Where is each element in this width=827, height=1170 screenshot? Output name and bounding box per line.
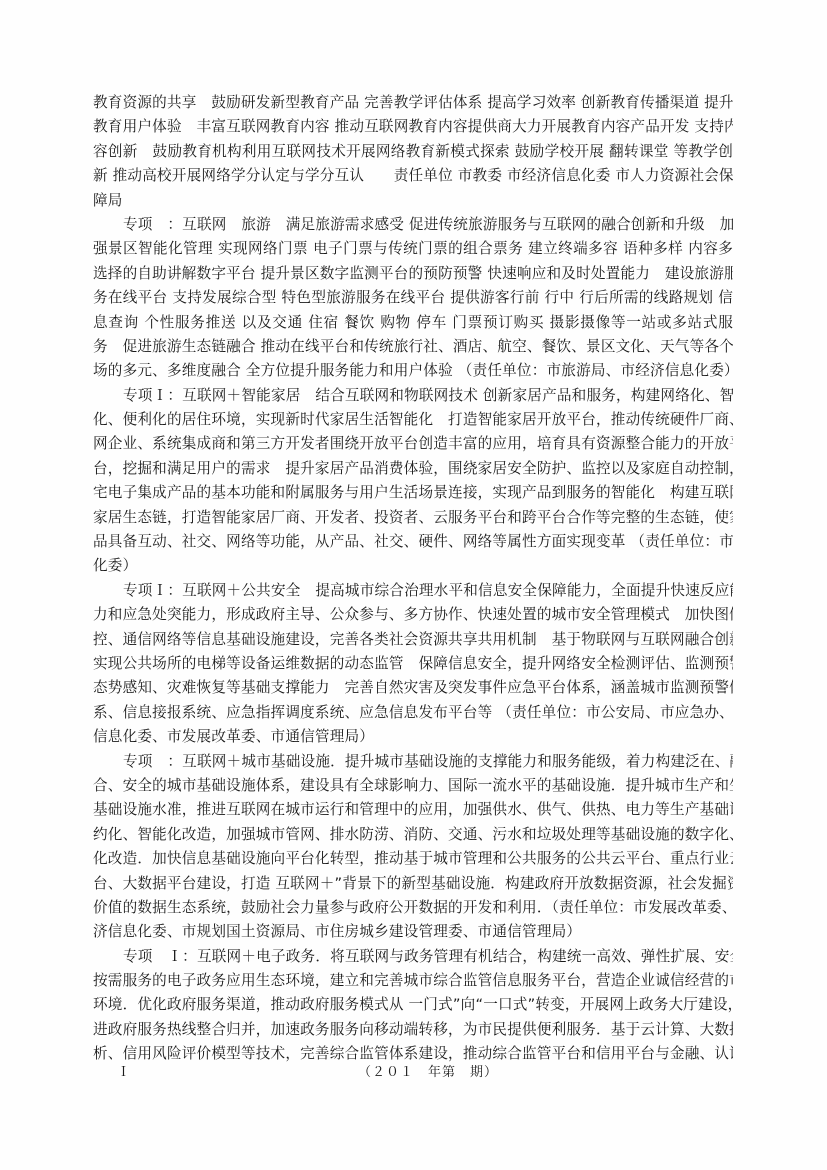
text-line: 务 促进旅游生态链融合 推动在线平台和传统旅行社、酒店、航空、餐饮、景区文化、天… [93, 335, 733, 359]
text-line: 网企业、系统集成商和第三方开发者围绕开放平台创造丰富的应用，培育具有资源整合能力… [93, 432, 733, 456]
text-line: 教育用户体验 丰富互联网教育内容 推动互联网教育内容提供商大力开展教育内容产品开… [93, 115, 733, 139]
page-number-mark: Ｉ [117, 1063, 130, 1083]
text-line: 信息化委、市发展改革委、市通信管理局） [93, 725, 733, 749]
text-line: 约化、智能化改造，加强城市管网、排水防涝、消防、交通、污水和垃圾处理等基础设施的… [93, 823, 733, 847]
text-line: 进政府服务热线整合归并，加速政务服务向移动端转移，为市民提供便利服务．基于云计算… [93, 1018, 733, 1042]
text-line: 台、大数据平台建设，打造 互联网＋”背景下的新型基础设施．构建政府开放数据资源，… [93, 872, 733, 896]
text-line: 按需服务的电子政务应用生态环境，建立和完善城市综合监管信息服务平台，营造企业诚信… [93, 969, 733, 993]
page-footer: Ｉ （２０１ 年第 期） [0, 1063, 827, 1083]
issue-label: （２０１ 年第 期） [358, 1063, 498, 1083]
paragraph-internet-plus-tourism: 专项 ：互联网 旅游 满足旅游需求感受 促进传统旅游服务与互联网的融合创新和升级… [93, 213, 733, 384]
text-line: 系、信息接报系统、应急指挥调度系统、应急信息发布平台等 （责任单位：市公安局、市… [93, 701, 733, 725]
text-line: 新 推动高校开展网络学分认定与学分互认 责任单位 市教委 市经济信息化委 市人力… [93, 164, 733, 188]
text-line: 化委） [93, 554, 733, 578]
text-line: 态势感知、灾难恢复等基础支撑能力 完善自然灾害及突发事件应急平台体系，涵盖城市监… [93, 676, 733, 700]
text-line: 化改造．加快信息基础设施向平台化转型，推动基于城市管理和公共服务的公共云平台、重… [93, 847, 733, 871]
section-heading-line: 专项Ｉ：互联网＋公共安全 提高城市综合治理水平和信息安全保障能力，全面提升快速反… [93, 579, 733, 603]
text-line: 务在线平台 支持发展综合型 特色型旅游服务在线平台 提供游客行前 行中 行后所需… [93, 286, 733, 310]
text-line: 品具备互动、社交、网络等功能，从产品、社交、硬件、网络等属性方面实现变革 （责任… [93, 530, 733, 554]
text-line: 教育资源的共享 鼓励研发新型教育产品 完善教学评估体系 提高学习效率 创新教育传… [93, 91, 733, 115]
text-line: 控、通信网络等信息基础设施建设，完善各类社会资源共享共用机制 基于物联网与互联网… [93, 628, 733, 652]
text-line: 台，挖掘和满足用户的需求 提升家居产品消费体验，围绕家居安全防护、监控以及家庭自… [93, 457, 733, 481]
text-line: 环境．优化政府服务渠道，推动政府服务模式从 一门式”向“一口式”转变，开展网上政… [93, 993, 733, 1017]
text-line: 选择的自助讲解数字平台 提升景区数字监测平台的预防预警 快速响应和及时处置能力 … [93, 262, 733, 286]
text-line: 障局 [93, 189, 733, 213]
text-line: 化、便利化的居住环境，实现新时代家居生活智能化 打造智能家居开放平台，推动传统硬… [93, 408, 733, 432]
document-page: 教育资源的共享 鼓励研发新型教育产品 完善教学评估体系 提高学习效率 创新教育传… [0, 0, 827, 1170]
paragraph-internet-plus-e-government: 专项 Ｉ：互联网＋电子政务．将互联网与政务管理有机结合，构建统一高效、弹性扩展、… [93, 945, 733, 1067]
paragraph-internet-plus-public-safety: 专项Ｉ：互联网＋公共安全 提高城市综合治理水平和信息安全保障能力，全面提升快速反… [93, 579, 733, 750]
text-line: 息查询 个性服务推送 以及交通 住宿 餐饮 购物 停车 门票预订购买 摄影摄像等… [93, 311, 733, 335]
text-line: 家居生态链，打造智能家居厂商、开发者、投资者、云服务平台和跨平台合作等完整的生态… [93, 506, 733, 530]
paragraph-internet-plus-urban-infrastructure: 专项 ：互联网＋城市基础设施．提升城市基础设施的支撑能力和服务能级，着力构建泛在… [93, 750, 733, 945]
section-heading-line: 专项Ｉ：互联网＋智能家居 结合互联网和物联网技术 创新家居产品和服务，构建网络化… [93, 384, 733, 408]
document-body: 教育资源的共享 鼓励研发新型教育产品 完善教学评估体系 提高学习效率 创新教育传… [93, 91, 733, 1067]
section-heading-line: 专项 ：互联网 旅游 满足旅游需求感受 促进传统旅游服务与互联网的融合创新和升级… [93, 213, 733, 237]
section-heading-line: 专项 Ｉ：互联网＋电子政务．将互联网与政务管理有机结合，构建统一高效、弹性扩展、… [93, 945, 733, 969]
section-heading-line: 专项 ：互联网＋城市基础设施．提升城市基础设施的支撑能力和服务能级，着力构建泛在… [93, 750, 733, 774]
text-line: 力和应急处突能力，形成政府主导、公众参与、多方协作、快速处置的城市安全管理模式 … [93, 603, 733, 627]
text-line: 场的多元、多维度融合 全方位提升服务能力和用户体验 （责任单位：市旅游局、市经济… [93, 359, 733, 383]
paragraph-internet-plus-smart-home: 专项Ｉ：互联网＋智能家居 结合互联网和物联网技术 创新家居产品和服务，构建网络化… [93, 384, 733, 579]
text-line: 实现公共场所的电梯等设备运维数据的动态监管 保障信息安全，提升网络安全检测评估、… [93, 652, 733, 676]
text-line: 容创新 鼓励教育机构利用互联网技术开展网络教育新模式探索 鼓励学校开展 翻转课堂… [93, 140, 733, 164]
text-line: 济信息化委、市规划国土资源局、市住房城乡建设管理委、市通信管理局） [93, 920, 733, 944]
text-line: 合、安全的城市基础设施体系，建设具有全球影响力、国际一流水平的基础设施．提升城市… [93, 774, 733, 798]
paragraph-education-tail: 教育资源的共享 鼓励研发新型教育产品 完善教学评估体系 提高学习效率 创新教育传… [93, 91, 733, 213]
text-line: 宅电子集成产品的基本功能和附属服务与用户生活场景连接，实现产品到服务的智能化 构… [93, 481, 733, 505]
text-line: 价值的数据生态系统，鼓励社会力量参与政府公开数据的开发和利用．（责任单位：市发展… [93, 896, 733, 920]
text-line: 强景区智能化管理 实现网络门票 电子门票与传统门票的组合票务 建立终端多容 语种… [93, 237, 733, 261]
text-line: 基础设施水准，推进互联网在城市运行和管理中的应用，加强供水、供气、供热、电力等生… [93, 798, 733, 822]
